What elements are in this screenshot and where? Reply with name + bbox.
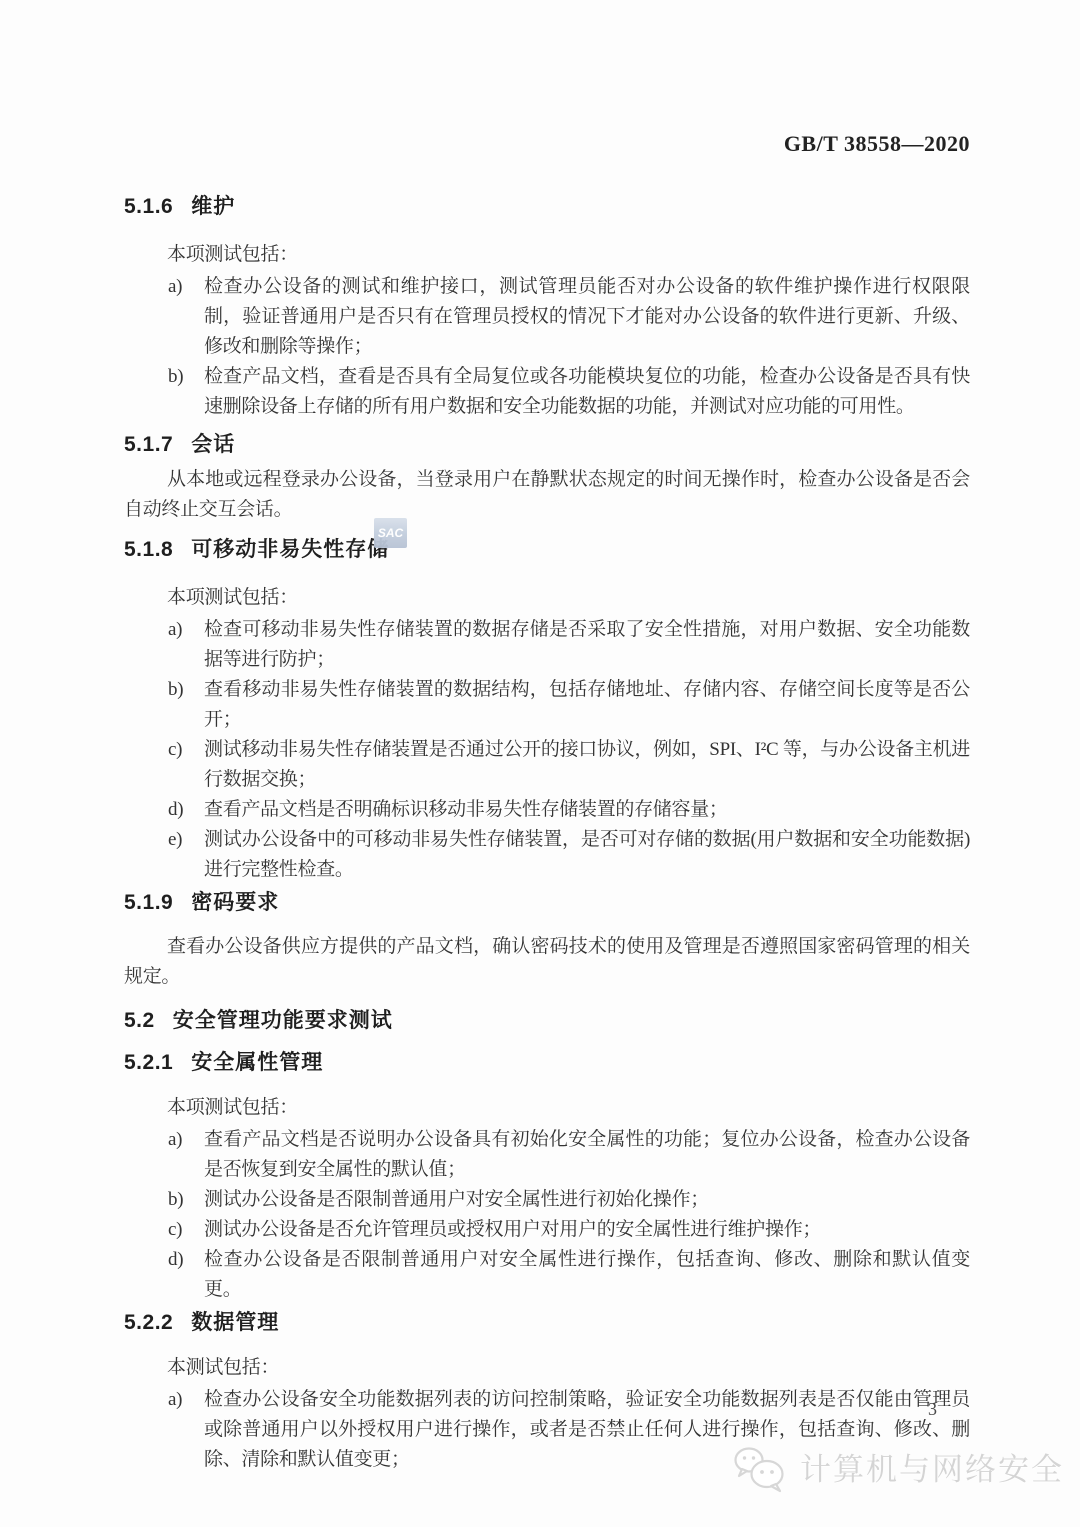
wechat-icon bbox=[732, 1445, 790, 1495]
list-item-text: 测试办公设备是否限制普通用户对安全属性进行初始化操作； bbox=[204, 1189, 709, 1210]
list-item-label: d) bbox=[168, 795, 183, 825]
section-number: 5.1.7 bbox=[124, 432, 173, 458]
list-item: b)检查产品文档，查看是否具有全局复位或各功能模块复位的功能，检查办公设备是否具… bbox=[124, 362, 970, 422]
section-paragraph: 从本地或远程登录办公设备，当登录用户在静默状态规定的时间无操作时，检查办公设备是… bbox=[124, 465, 970, 525]
list-item: e)测试办公设备中的可移动非易失性存储装置，是否可对存储的数据(用户数据和安全功… bbox=[124, 825, 970, 885]
list-item-label: a) bbox=[168, 272, 182, 302]
list-item: b)查看移动非易失性存储装置的数据结构，包括存储地址、存储内容、存储空间长度等是… bbox=[124, 675, 970, 735]
list-item-label: d) bbox=[168, 1245, 183, 1275]
section-title: 密码要求 bbox=[191, 890, 279, 916]
list-item-text: 查看产品文档是否明确标识移动非易失性存储装置的存储容量； bbox=[204, 799, 728, 820]
section-heading-5-2-2: 5.2.2数据管理 bbox=[124, 1310, 970, 1336]
section-title: 会话 bbox=[191, 432, 235, 458]
list-item-label: a) bbox=[168, 1125, 182, 1155]
list-item-text: 测试办公设备是否允许管理员或授权用户对用户的安全属性进行维护操作； bbox=[204, 1219, 821, 1240]
section-paragraph: 查看办公设备供应方提供的产品文档，确认密码技术的使用及管理是否遵照国家密码管理的… bbox=[124, 932, 970, 992]
list-item: d)查看产品文档是否明确标识移动非易失性存储装置的存储容量； bbox=[124, 795, 970, 825]
section-heading-5-1-8: 5.1.8可移动非易失性存储 bbox=[124, 537, 970, 563]
list-item-label: b) bbox=[168, 675, 183, 705]
intro-paragraph: 本项测试包括： bbox=[124, 1093, 970, 1123]
lettered-list-5-2-1: a)查看产品文档是否说明办公设备具有初始化安全属性的功能；复位办公设备，检查办公… bbox=[124, 1125, 970, 1305]
section-number: 5.2.2 bbox=[124, 1310, 173, 1336]
list-item: c)测试办公设备是否允许管理员或授权用户对用户的安全属性进行维护操作； bbox=[124, 1215, 970, 1245]
list-item: b)测试办公设备是否限制普通用户对安全属性进行初始化操作； bbox=[124, 1185, 970, 1215]
document-page: GB/T 38558—2020 5.1.6维护 本项测试包括： a)检查办公设备… bbox=[0, 0, 1080, 1527]
list-item-label: a) bbox=[168, 1385, 182, 1415]
intro-paragraph: 本项测试包括： bbox=[124, 240, 970, 270]
list-item: a)查看产品文档是否说明办公设备具有初始化安全属性的功能；复位办公设备，检查办公… bbox=[124, 1125, 970, 1185]
section-number: 5.1.6 bbox=[124, 194, 173, 220]
section-heading-5-2-1: 5.2.1安全属性管理 bbox=[124, 1050, 970, 1076]
lettered-list-5-1-8: a)检查可移动非易失性存储装置的数据存储是否采取了安全性措施，对用户数据、安全功… bbox=[124, 615, 970, 885]
list-item-text: 查看产品文档是否说明办公设备具有初始化安全属性的功能；复位办公设备，检查办公设备… bbox=[204, 1129, 970, 1180]
section-heading-5-2: 5.2安全管理功能要求测试 bbox=[124, 1008, 970, 1034]
list-item-text: 检查产品文档，查看是否具有全局复位或各功能模块复位的功能，检查办公设备是否具有快… bbox=[204, 366, 970, 417]
list-item: c)测试移动非易失性存储装置是否通过公开的接口协议，例如，SPI、I²C 等，与… bbox=[124, 735, 970, 795]
list-item-label: c) bbox=[168, 1215, 182, 1245]
section-heading-5-1-6: 5.1.6维护 bbox=[124, 194, 970, 220]
list-item-text: 查看移动非易失性存储装置的数据结构，包括存储地址、存储内容、存储空间长度等是否公… bbox=[204, 679, 970, 730]
footer-brand: 计算机与网络安全 bbox=[732, 1444, 1064, 1496]
section-number: 5.1.8 bbox=[124, 537, 173, 563]
list-item: a)检查可移动非易失性存储装置的数据存储是否采取了安全性措施，对用户数据、安全功… bbox=[124, 615, 970, 675]
standard-code-header: GB/T 38558—2020 bbox=[124, 132, 970, 156]
list-item-text: 检查办公设备的测试和维护接口，测试管理员能否对办公设备的软件维护操作进行权限限制… bbox=[204, 276, 970, 357]
section-heading-5-1-9: 5.1.9密码要求 bbox=[124, 890, 970, 916]
section-title: 安全属性管理 bbox=[191, 1050, 323, 1076]
document-content: GB/T 38558—2020 5.1.6维护 本项测试包括： a)检查办公设备… bbox=[124, 0, 970, 1475]
intro-paragraph: 本测试包括： bbox=[124, 1353, 970, 1383]
list-item: d)检查办公设备是否限制普通用户对安全属性进行操作，包括查询、修改、删除和默认值… bbox=[124, 1245, 970, 1305]
list-item-label: b) bbox=[168, 362, 183, 392]
section-heading-5-1-7: 5.1.7会话 bbox=[124, 432, 970, 458]
footer-brand-text: 计算机与网络安全 bbox=[800, 1444, 1064, 1496]
list-item-text: 测试办公设备中的可移动非易失性存储装置，是否可对存储的数据(用户数据和安全功能数… bbox=[204, 829, 970, 880]
list-item-label: e) bbox=[168, 825, 182, 855]
section-title: 数据管理 bbox=[191, 1310, 279, 1336]
section-title: 维护 bbox=[191, 194, 235, 220]
section-number: 5.2.1 bbox=[124, 1050, 173, 1076]
intro-paragraph: 本项测试包括： bbox=[124, 583, 970, 613]
lettered-list-5-1-6: a)检查办公设备的测试和维护接口，测试管理员能否对办公设备的软件维护操作进行权限… bbox=[124, 272, 970, 422]
page-number: 3 bbox=[928, 1398, 937, 1420]
list-item-label: b) bbox=[168, 1185, 183, 1215]
section-title: 安全管理功能要求测试 bbox=[173, 1008, 393, 1034]
list-item-text: 检查办公设备是否限制普通用户对安全属性进行操作，包括查询、修改、删除和默认值变更… bbox=[204, 1249, 970, 1300]
sac-watermark: SAC bbox=[374, 518, 407, 548]
list-item-label: a) bbox=[168, 615, 182, 645]
list-item-text: 测试移动非易失性存储装置是否通过公开的接口协议，例如，SPI、I²C 等，与办公… bbox=[204, 739, 970, 790]
list-item: a)检查办公设备的测试和维护接口，测试管理员能否对办公设备的软件维护操作进行权限… bbox=[124, 272, 970, 362]
list-item-label: c) bbox=[168, 735, 182, 765]
section-title: 可移动非易失性存储 bbox=[191, 537, 389, 563]
list-item-text: 检查可移动非易失性存储装置的数据存储是否采取了安全性措施，对用户数据、安全功能数… bbox=[204, 619, 970, 670]
section-number: 5.2 bbox=[124, 1008, 155, 1034]
section-number: 5.1.9 bbox=[124, 890, 173, 916]
